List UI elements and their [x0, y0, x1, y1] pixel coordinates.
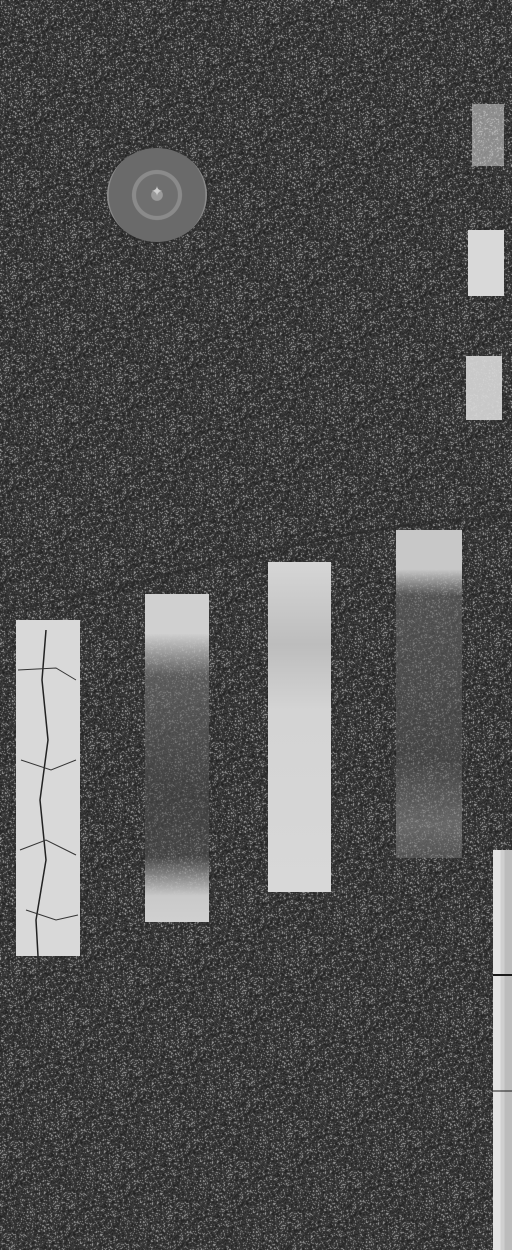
lane-dash — [468, 230, 504, 296]
curb — [493, 850, 512, 1250]
crosswalk-stripe — [268, 562, 331, 892]
crosswalk-stripe — [396, 530, 462, 858]
star-emblem-icon: ✦ — [107, 184, 207, 200]
road-scene: ✦ — [0, 0, 512, 1250]
manhole-cover: ✦ — [107, 148, 207, 242]
crack-pattern — [16, 620, 80, 956]
lane-dash — [466, 356, 502, 420]
crosswalk-stripe — [16, 620, 80, 956]
lane-dash — [472, 104, 504, 166]
crosswalk-stripe — [145, 594, 209, 922]
